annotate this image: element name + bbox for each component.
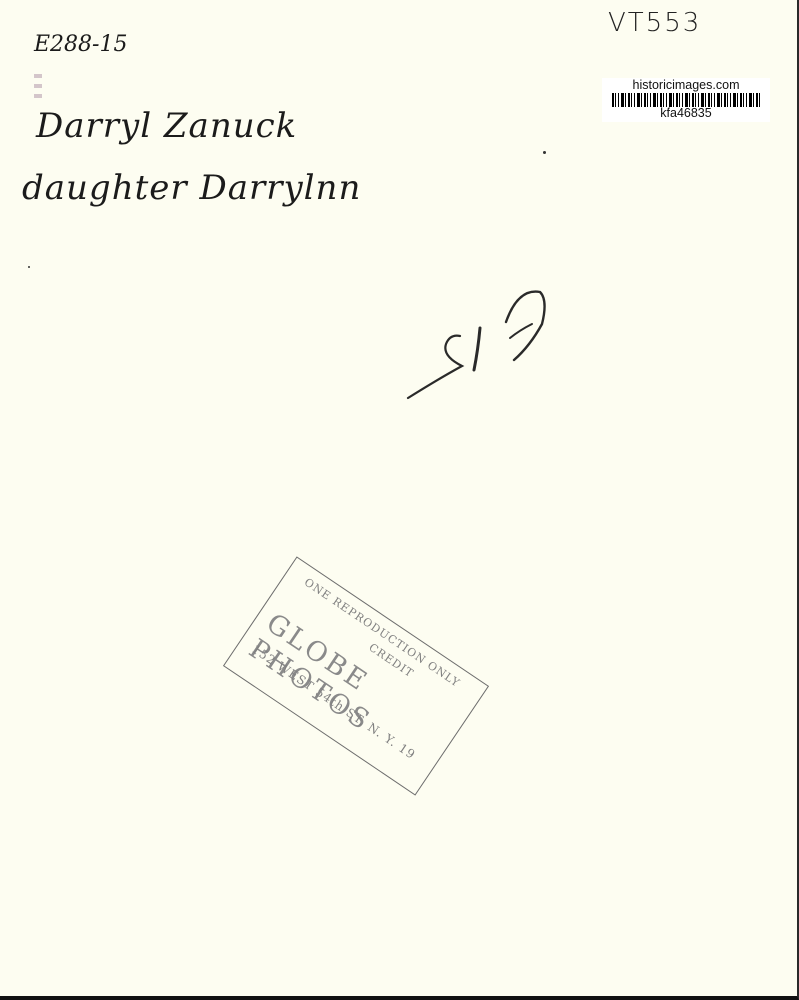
reference-number-top-left: E288-15 [34, 32, 127, 57]
ink-speck [543, 151, 546, 154]
pencil-mark-icon [400, 270, 560, 410]
globe-photos-stamp: ONE REPRODUCTION ONLY CREDIT GLOBE PHOTO… [223, 556, 489, 795]
ink-speck [28, 266, 30, 268]
handwritten-caption: daughter Darrylnn [22, 168, 361, 208]
stamp-agency-name: GLOBE PHOTOS [243, 608, 458, 781]
reference-number-top-right: VT553 [608, 8, 701, 38]
barcode-code-text: kfa46835 [602, 107, 770, 120]
barcode-site-text: historicimages.com [602, 79, 770, 92]
handwritten-subject-name: Darryl Zanuck [36, 106, 297, 146]
photo-back-paper: VT553 E288-15 Darryl Zanuck daughter Dar… [0, 0, 799, 1000]
barcode-label: historicimages.com kfa46835 [602, 78, 770, 122]
barcode-icon [612, 93, 760, 107]
